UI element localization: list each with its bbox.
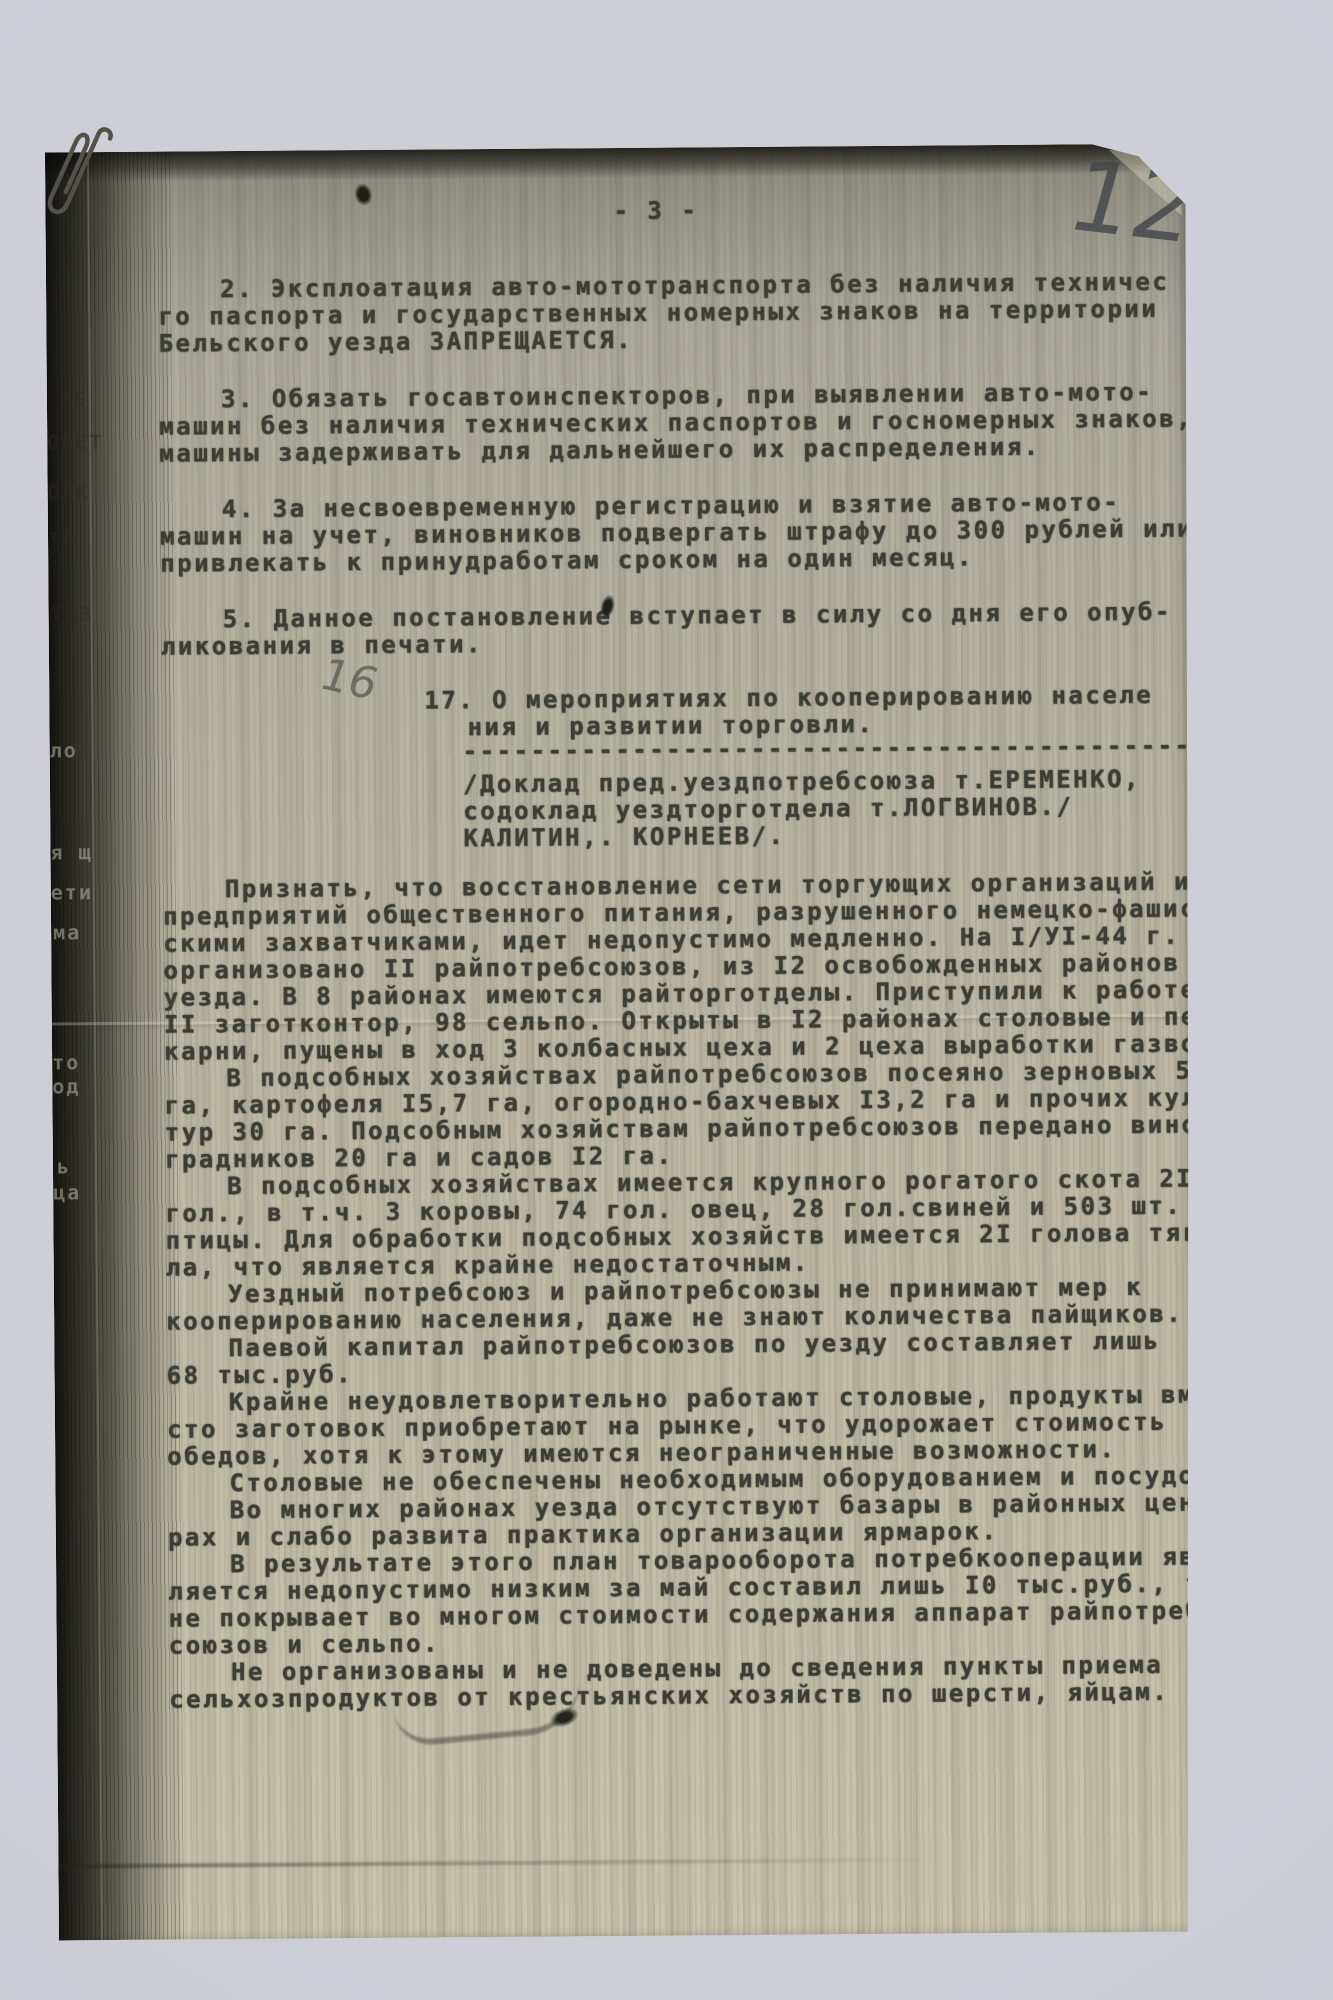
edge-fragment: ца bbox=[53, 1180, 81, 1204]
typed-block-num: 2. Эксплоатация авто-мототранспорта без … bbox=[158, 268, 1239, 357]
typed-line: привлекать к принудработам сроком на оди… bbox=[160, 542, 1240, 577]
edge-fragment: РЕ bbox=[59, 387, 87, 411]
typed-block-num: 3. Обязать госавтоинспекторов, при выявл… bbox=[159, 378, 1240, 467]
photo-background: - 3 - 2. Эксплоатация авто-мототранспорт… bbox=[0, 0, 1333, 2000]
edge-fragment: ТАВ bbox=[51, 602, 93, 626]
edge-fragment: ь bbox=[57, 1154, 71, 1178]
typed-block-num: 4. За несвоевременную регистрацию и взят… bbox=[160, 488, 1241, 577]
typed-line: ликования в печати. bbox=[161, 625, 1241, 660]
bottom-edge-streak bbox=[58, 1857, 947, 1868]
typed-line: машины задерживать для дальнейшего их ра… bbox=[159, 432, 1239, 467]
typed-line: Бельского уезда ЗАПРЕЩАЕТСЯ. bbox=[158, 322, 1238, 357]
edge-fragment: од bbox=[52, 1074, 80, 1098]
typed-block-body: Не организованы и не доведены до сведени… bbox=[169, 1651, 1249, 1713]
edge-fragment: ОВЕТ bbox=[47, 430, 103, 454]
page-number: - 3 - bbox=[157, 193, 1237, 228]
typed-block-body: Крайне неудовлетворительно работают стол… bbox=[167, 1381, 1248, 1470]
typed-block-num: 5. Данное постановление вступает в силу … bbox=[161, 598, 1241, 660]
typed-block-credit: /Доклад пред.уездпотребсоюза т.ЕРЕМЕНКО,… bbox=[162, 765, 1243, 854]
edge-fragment: ма bbox=[53, 920, 81, 944]
typed-line: сельхозпродуктов от крестьянских хозяйст… bbox=[169, 1678, 1249, 1713]
typed-text: - 3 - 2. Эксплоатация авто-мототранспорт… bbox=[157, 193, 1249, 1713]
typed-block-body: В подсобных хозяйствах имеется крупного … bbox=[165, 1165, 1246, 1281]
edge-fragment: та bbox=[48, 524, 76, 548]
typed-block-body: Паевой капитал райпотребсоюзов по уезду … bbox=[166, 1327, 1246, 1389]
edge-fragments: РЕОВЕТОЛКтаТАВлоя щетиматоодьца bbox=[45, 144, 1185, 153]
edge-fragment: ло bbox=[50, 738, 78, 762]
typed-block-body: Признать, что восстановление сети торгую… bbox=[163, 868, 1244, 1065]
typed-block-body: В подсобных хозяйствах райпотребсоюзов п… bbox=[164, 1057, 1245, 1173]
edge-fragment: я щ bbox=[50, 840, 92, 864]
typed-block-body: Во многих районах уезда отсутствуют база… bbox=[168, 1489, 1248, 1551]
edge-fragment: ОЛК bbox=[48, 480, 90, 504]
typed-block-body: Уездный потребсоюз и райпотребсоюзы не п… bbox=[166, 1273, 1246, 1335]
edge-fragment: ети bbox=[51, 880, 93, 904]
typed-block-body: В результате этого план товарооборота по… bbox=[168, 1543, 1249, 1659]
edge-fragment: то bbox=[52, 1050, 80, 1074]
document-page: - 3 - 2. Эксплоатация авто-мототранспорт… bbox=[45, 144, 1199, 1941]
